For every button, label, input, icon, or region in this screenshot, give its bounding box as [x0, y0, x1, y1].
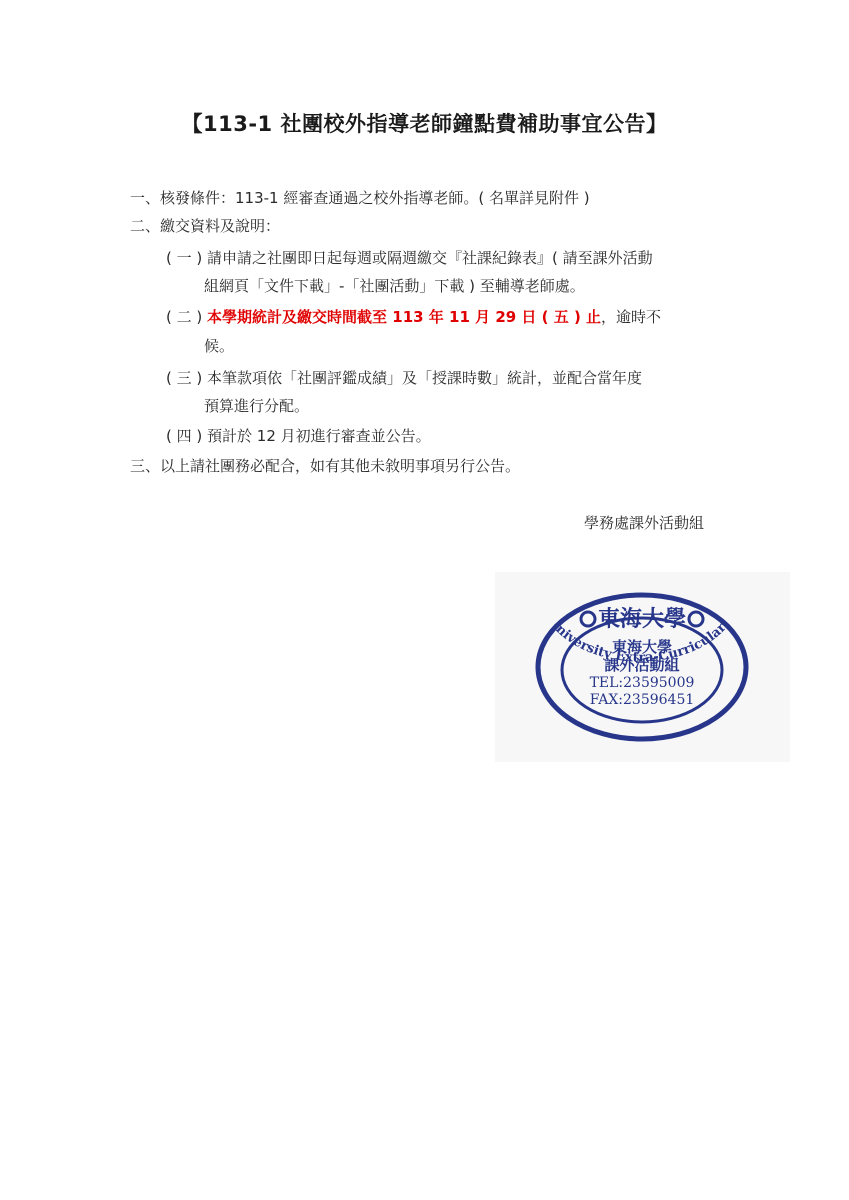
sub-item-4-label: ( 四 )	[166, 427, 202, 445]
item-1: 一、核發條件：113-1 經審查通過之校外指導老師。( 名單詳見附件 )	[130, 188, 590, 208]
sub-item-1-label: ( 一 )	[166, 249, 202, 267]
sub-item-2-cont: 候。	[204, 336, 234, 356]
sub-item-1-line1: 請申請之社團即日起每週或隔週繳交『社課紀錄表』( 請至課外活動	[207, 249, 653, 267]
sub-item-4: ( 四 ) 預計於 12 月初進行審查並公告。	[166, 426, 431, 446]
stamp-top-text: 東海大學	[598, 606, 686, 632]
sub-item-2-label: ( 二 )	[166, 308, 202, 326]
stamp-icon: 東海大學 東海大學 課外活動組 TEL:23595009 FAX:2359645…	[495, 572, 790, 762]
signature: 學務處課外活動組	[584, 512, 704, 533]
item-2: 二、繳交資料及說明：	[130, 216, 280, 236]
official-stamp: 東海大學 東海大學 課外活動組 TEL:23595009 FAX:2359645…	[495, 572, 790, 762]
item-1-text: 核發條件：113-1 經審查通過之校外指導老師。( 名單詳見附件 )	[160, 189, 590, 207]
sub-item-1-cont: 組網頁「文件下載」-「社團活動」下載 ) 至輔導老師處。	[204, 276, 585, 296]
item-3-label: 三、	[130, 457, 160, 475]
deadline-highlight: 本學期統計及繳交時間截至 113 年 11 月 29 日 ( 五 ) 止	[207, 308, 601, 326]
sub-item-3-cont: 預算進行分配。	[204, 396, 309, 416]
document-title: 【113-1 社團校外指導老師鐘點費補助事宜公告】	[0, 108, 849, 138]
sub-item-4-line1: 預計於 12 月初進行審查並公告。	[207, 427, 431, 445]
sub-item-3-line1: 本筆款項依「社團評鑑成績」及「授課時數」統計，並配合當年度	[207, 369, 642, 387]
stamp-tel: TEL:23595009	[590, 675, 695, 691]
stamp-fax: FAX:23596451	[590, 692, 695, 708]
sub-item-2-rest: ，逾時不	[601, 308, 661, 326]
sub-item-1: ( 一 ) 請申請之社團即日起每週或隔週繳交『社課紀錄表』( 請至課外活動	[166, 248, 653, 268]
sub-item-3-label: ( 三 )	[166, 369, 202, 387]
sub-item-2: ( 二 ) 本學期統計及繳交時間截至 113 年 11 月 29 日 ( 五 )…	[166, 307, 661, 327]
item-2-label: 二、	[130, 217, 160, 235]
sub-item-3: ( 三 ) 本筆款項依「社團評鑑成績」及「授課時數」統計，並配合當年度	[166, 368, 642, 388]
item-2-text: 繳交資料及說明：	[160, 217, 280, 235]
item-3-text: 以上請社團務必配合，如有其他未敘明事項另行公告。	[160, 457, 520, 475]
item-3: 三、以上請社團務必配合，如有其他未敘明事項另行公告。	[130, 456, 520, 476]
item-1-label: 一、	[130, 189, 160, 207]
